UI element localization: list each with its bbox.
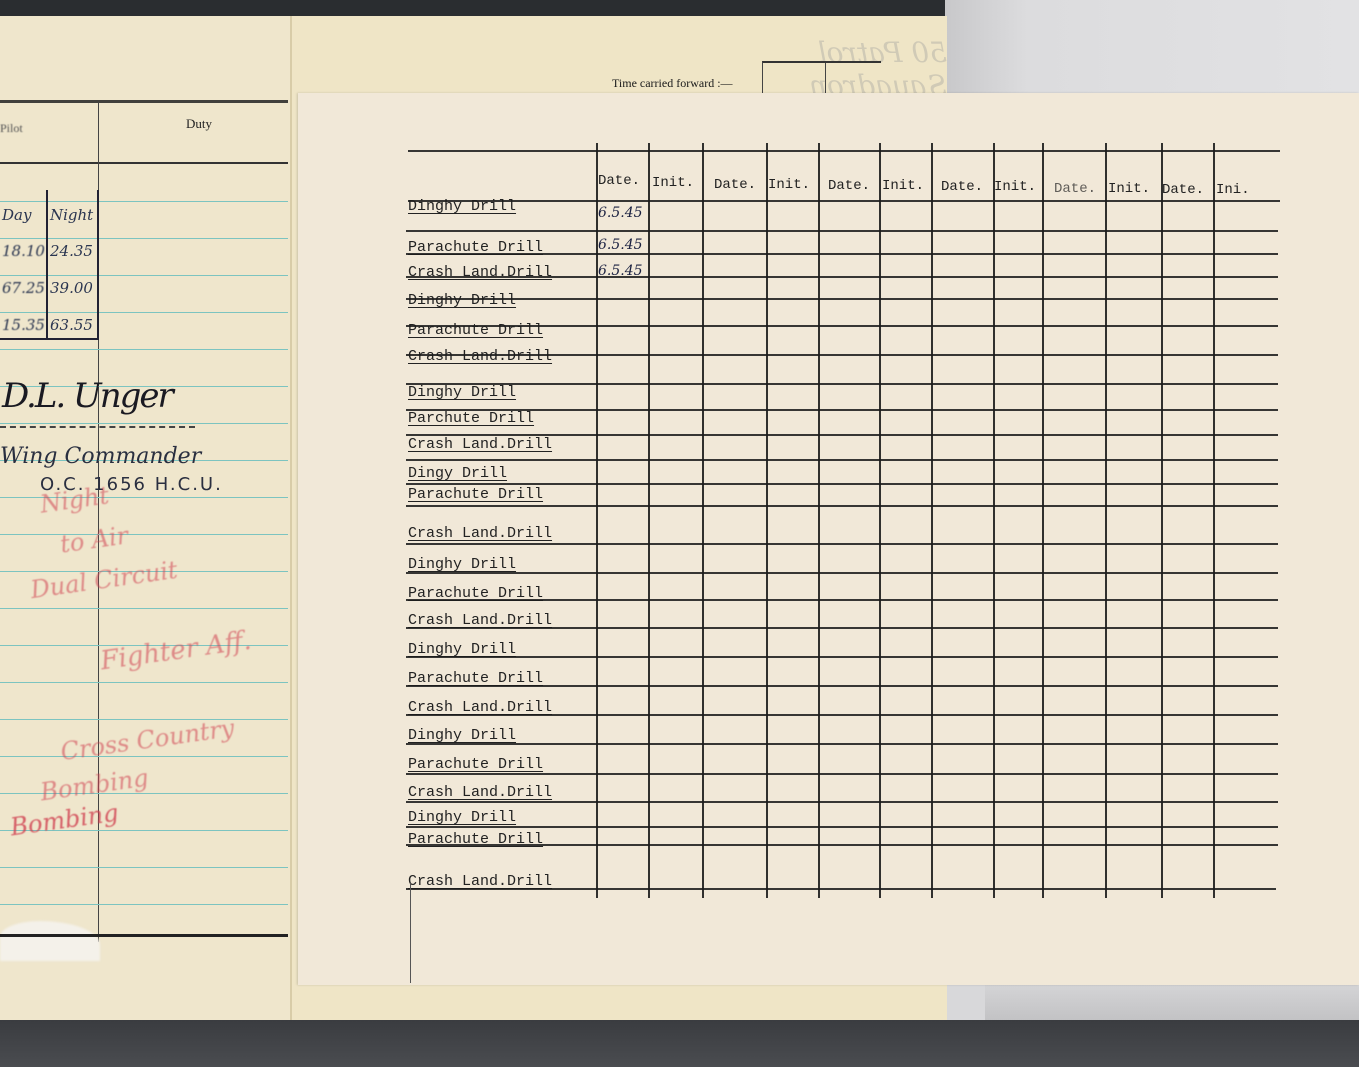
grid-row-rule xyxy=(408,200,1280,202)
red-ink-entry: Bombing xyxy=(9,799,121,842)
col-header-init: Init. xyxy=(652,175,694,191)
ruled-line xyxy=(0,756,288,757)
grid-row-rule xyxy=(406,298,1278,300)
signatory-rank: Wing Commander xyxy=(0,444,201,469)
background-light-right xyxy=(945,0,1359,93)
grid-row-rule xyxy=(406,714,1278,716)
grid-row-rule xyxy=(406,276,1278,278)
drill-row-label: Crash Land.Drill xyxy=(408,436,552,453)
drill-row-label: Parachute Drill xyxy=(408,486,543,503)
flying-hours-table: Day Night 18.10 24.35 67.25 39.00 15.35 … xyxy=(0,190,98,340)
grid-column-rule xyxy=(648,143,650,898)
logbook-left-page: Pilot Duty Day Night 18.10 24.35 67.25 3… xyxy=(0,16,290,1020)
drill-record-sheet: Date. Init. Date. Init. Date. Init. Date… xyxy=(298,93,1359,985)
grid-column-rule xyxy=(818,143,820,898)
col-header-init: Init. xyxy=(1108,181,1150,197)
drill-date-cell[interactable]: 6.5.45 xyxy=(598,205,643,221)
day-value: 18.10 xyxy=(2,242,45,260)
red-ink-entry: Dual Circuit xyxy=(29,556,180,604)
background-dark-bottom xyxy=(0,1020,1359,1067)
grid-row-rule xyxy=(406,826,1278,828)
col-header-init: Init. xyxy=(882,178,924,194)
drill-row-label: Crash Land.Drill xyxy=(408,348,552,365)
grid-column-rule xyxy=(931,143,933,898)
grid-column-rule xyxy=(1105,143,1107,898)
background-dark-top xyxy=(0,0,945,16)
page-bottom-rule xyxy=(0,934,288,937)
drill-row-label: Dinghy Drill xyxy=(408,556,516,573)
grid-column-rule xyxy=(1161,143,1163,898)
col-header-init: Init. xyxy=(768,177,810,193)
grid-row-rule xyxy=(406,230,1278,232)
grid-row-rule xyxy=(406,685,1278,687)
grid-row-rule xyxy=(406,888,1276,890)
drill-row-label: Dinghy Drill xyxy=(408,384,516,401)
col-header-date: Date. xyxy=(598,173,640,189)
drill-row-label: Parchute Drill xyxy=(408,410,534,427)
ruled-line xyxy=(0,904,288,905)
signature: D.L. Unger xyxy=(2,376,172,416)
grid-column-rule xyxy=(1213,143,1215,898)
red-ink-entry: Cross Country xyxy=(59,714,236,766)
grid-row-rule xyxy=(406,253,1278,255)
grid-column-rule xyxy=(596,143,598,898)
night-value: 24.35 xyxy=(50,242,93,260)
col-header-date: Date. xyxy=(714,177,756,193)
col-header-init: Ini. xyxy=(1216,182,1250,198)
grid-row-rule xyxy=(406,459,1278,461)
time-carried-forward-label: Time carried forward :— xyxy=(612,76,733,91)
day-header: Day xyxy=(2,206,31,224)
col-header-date: Date. xyxy=(1162,182,1204,198)
night-value: 39.00 xyxy=(50,279,93,297)
signature-line xyxy=(0,426,195,428)
page-top-rule xyxy=(0,100,288,103)
ruled-line xyxy=(0,349,288,350)
drill-row-label: Crash Land.Drill xyxy=(408,264,552,281)
drill-row-label: Dinghy Drill xyxy=(408,809,516,826)
background-light-bottom-right xyxy=(985,985,1359,1025)
drill-grid: Date. Init. Date. Init. Date. Init. Date… xyxy=(298,93,1359,985)
drill-row-label: Dingy Drill xyxy=(408,465,507,482)
red-ink-entry: Bombing xyxy=(39,764,151,807)
drill-row-label: Dinghy Drill xyxy=(408,727,516,744)
col-header-init: Init. xyxy=(994,179,1036,195)
grid-row-rule xyxy=(406,801,1278,803)
sheet-fold-line xyxy=(410,883,411,983)
ruled-line xyxy=(0,682,288,683)
ruled-line xyxy=(0,867,288,868)
grid-row-rule xyxy=(406,409,1278,411)
grid-row-rule xyxy=(406,325,1278,327)
grid-row-rule xyxy=(406,572,1278,574)
grid-row-rule xyxy=(406,505,1278,507)
grid-row-rule xyxy=(406,434,1278,436)
grid-column-rule xyxy=(1042,143,1044,898)
grid-row-rule xyxy=(406,599,1278,601)
ruled-line xyxy=(0,608,288,609)
grid-row-rule xyxy=(406,844,1278,846)
red-ink-entry: Fighter Aff. xyxy=(99,626,253,677)
torn-paper-patch xyxy=(0,921,100,961)
grid-row-rule xyxy=(406,773,1278,775)
night-value: 63.55 xyxy=(50,316,93,334)
drill-row-label: Crash Land.Drill xyxy=(408,525,552,542)
drill-row-label: Dinghy Drill xyxy=(408,292,516,309)
grid-row-rule xyxy=(408,150,1280,152)
ruled-line xyxy=(0,423,288,424)
red-ink-entry: to Air xyxy=(58,521,129,558)
grid-row-rule xyxy=(406,543,1278,545)
grid-column-rule xyxy=(879,143,881,898)
day-value: 15.35 xyxy=(2,316,45,334)
duty-column-header: Duty xyxy=(186,116,212,132)
drill-date-cell[interactable]: 6.5.45 xyxy=(598,237,643,253)
night-header: Night xyxy=(50,206,93,224)
grid-row-rule xyxy=(406,627,1278,629)
header-rule xyxy=(0,162,288,164)
grid-column-rule xyxy=(766,143,768,898)
col-header-date: Date. xyxy=(828,178,870,194)
pilot-column-header: Pilot xyxy=(0,121,23,136)
grid-column-rule xyxy=(702,143,704,898)
ruled-line xyxy=(0,719,288,720)
drill-row-label: Crash Land.Drill xyxy=(408,784,552,801)
day-value: 67.25 xyxy=(2,279,45,297)
grid-row-rule xyxy=(406,656,1278,658)
grid-column-rule xyxy=(993,143,995,898)
drill-row-label: Parachute Drill xyxy=(408,756,543,773)
col-header-date: Date. xyxy=(1054,181,1096,197)
grid-row-rule xyxy=(406,354,1278,356)
col-header-date: Date. xyxy=(941,179,983,195)
ruled-line xyxy=(0,534,288,535)
grid-row-rule xyxy=(406,743,1278,745)
grid-row-rule xyxy=(406,483,1278,485)
grid-row-rule xyxy=(406,383,1278,385)
